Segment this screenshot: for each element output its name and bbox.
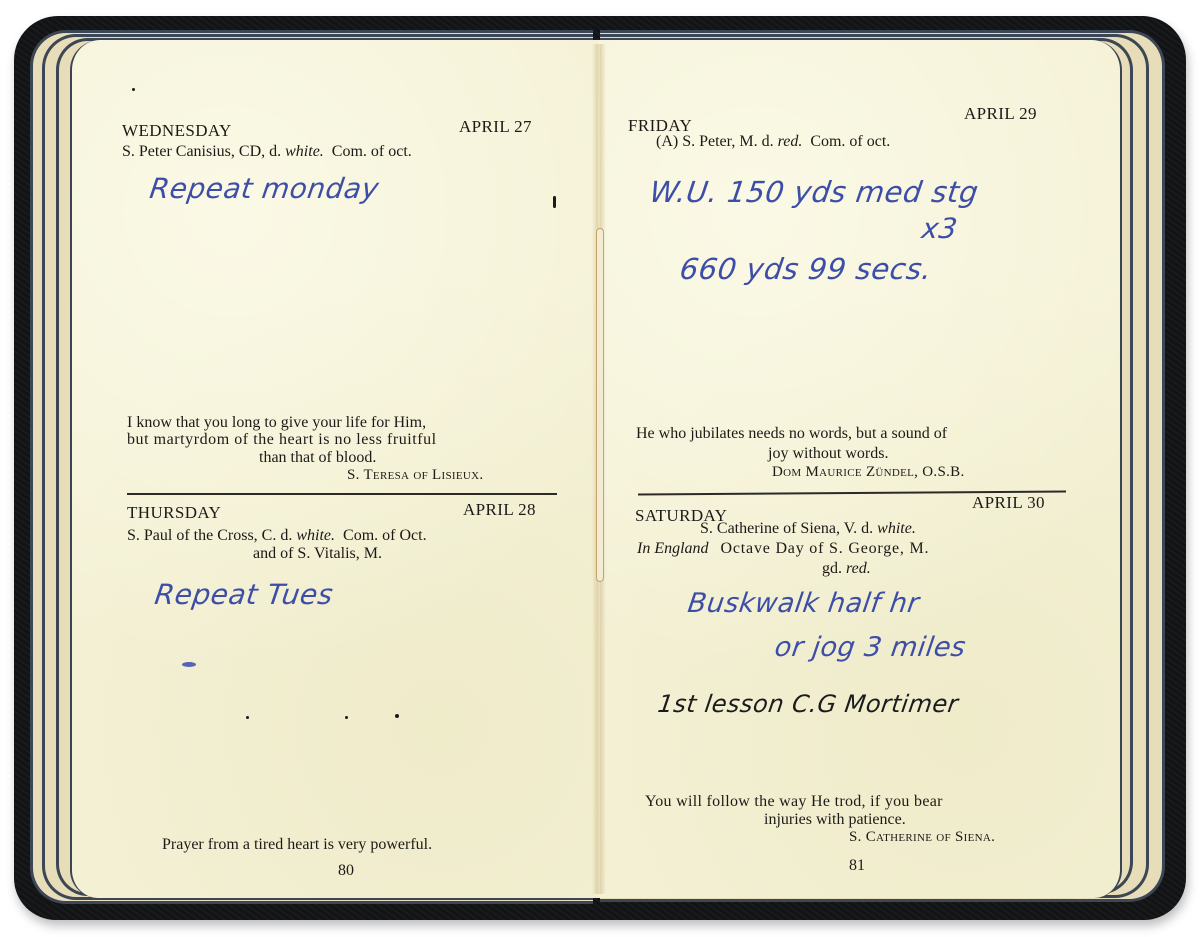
handwritten-note: 660 yds 99 secs. (678, 252, 935, 286)
ink-speck (395, 714, 399, 718)
feast-line: S. Peter Canisius, CD, d. white. Com. of… (122, 143, 412, 161)
handwritten-note: W.U. 150 yds med stg (648, 175, 981, 209)
section-divider (127, 493, 557, 495)
page-number: 81 (849, 857, 865, 875)
quote-line: but martyrdom of the heart is no less fr… (127, 431, 437, 449)
ink-speck (246, 716, 249, 719)
left-page (70, 40, 598, 898)
quote-line: You will follow the way He trod, if you … (645, 793, 943, 811)
date-april-28: APRIL 28 (463, 501, 536, 519)
handwritten-note: Repeat monday (148, 172, 382, 205)
quote-line: I know that you long to give your life f… (127, 414, 426, 432)
binding-thread (596, 228, 604, 582)
date-april-27: APRIL 27 (459, 118, 532, 136)
quote-author: S. Catherine of Siena. (849, 828, 995, 846)
ink-smudge (182, 662, 196, 667)
feast-line: S. Catherine of Siena, V. d. white. (700, 520, 916, 538)
feast-line: In England Octave Day of S. George, M. (637, 540, 929, 558)
ink-mark (553, 196, 556, 208)
quote-line: He who jubilates needs no words, but a s… (636, 425, 947, 443)
quote-line: joy without words. (768, 445, 888, 463)
ink-speck (132, 88, 135, 91)
feast-line: gd. red. (822, 560, 871, 578)
handwritten-note: x3 (920, 212, 960, 245)
quote-line: Prayer from a tired heart is very powerf… (162, 836, 432, 854)
quote-line: than that of blood. (259, 449, 376, 467)
feast-line: and of S. Vitalis, M. (253, 545, 382, 563)
quote-line: injuries with patience. (764, 811, 906, 829)
handwritten-note: Buskwalk half hr (686, 588, 922, 619)
date-april-30: APRIL 30 (972, 494, 1045, 512)
handwritten-note: or jog 3 miles (773, 632, 968, 663)
feast-line: S. Paul of the Cross, C. d. white. Com. … (127, 527, 427, 545)
day-heading-wednesday: WEDNESDAY (122, 122, 232, 140)
ink-speck (345, 716, 348, 719)
feast-line: (A) S. Peter, M. d. red. Com. of oct. (656, 133, 890, 151)
day-heading-thursday: THURSDAY (127, 504, 221, 522)
quote-author: Dom Maurice Zündel, O.S.B. (772, 463, 965, 481)
date-april-29: APRIL 29 (964, 105, 1037, 123)
handwritten-note-black: 1st lesson C.G Mortimer (656, 690, 960, 718)
page-number: 80 (338, 862, 354, 880)
handwritten-note: Repeat Tues (153, 578, 336, 611)
quote-author: S. Teresa of Lisieux. (347, 466, 483, 484)
